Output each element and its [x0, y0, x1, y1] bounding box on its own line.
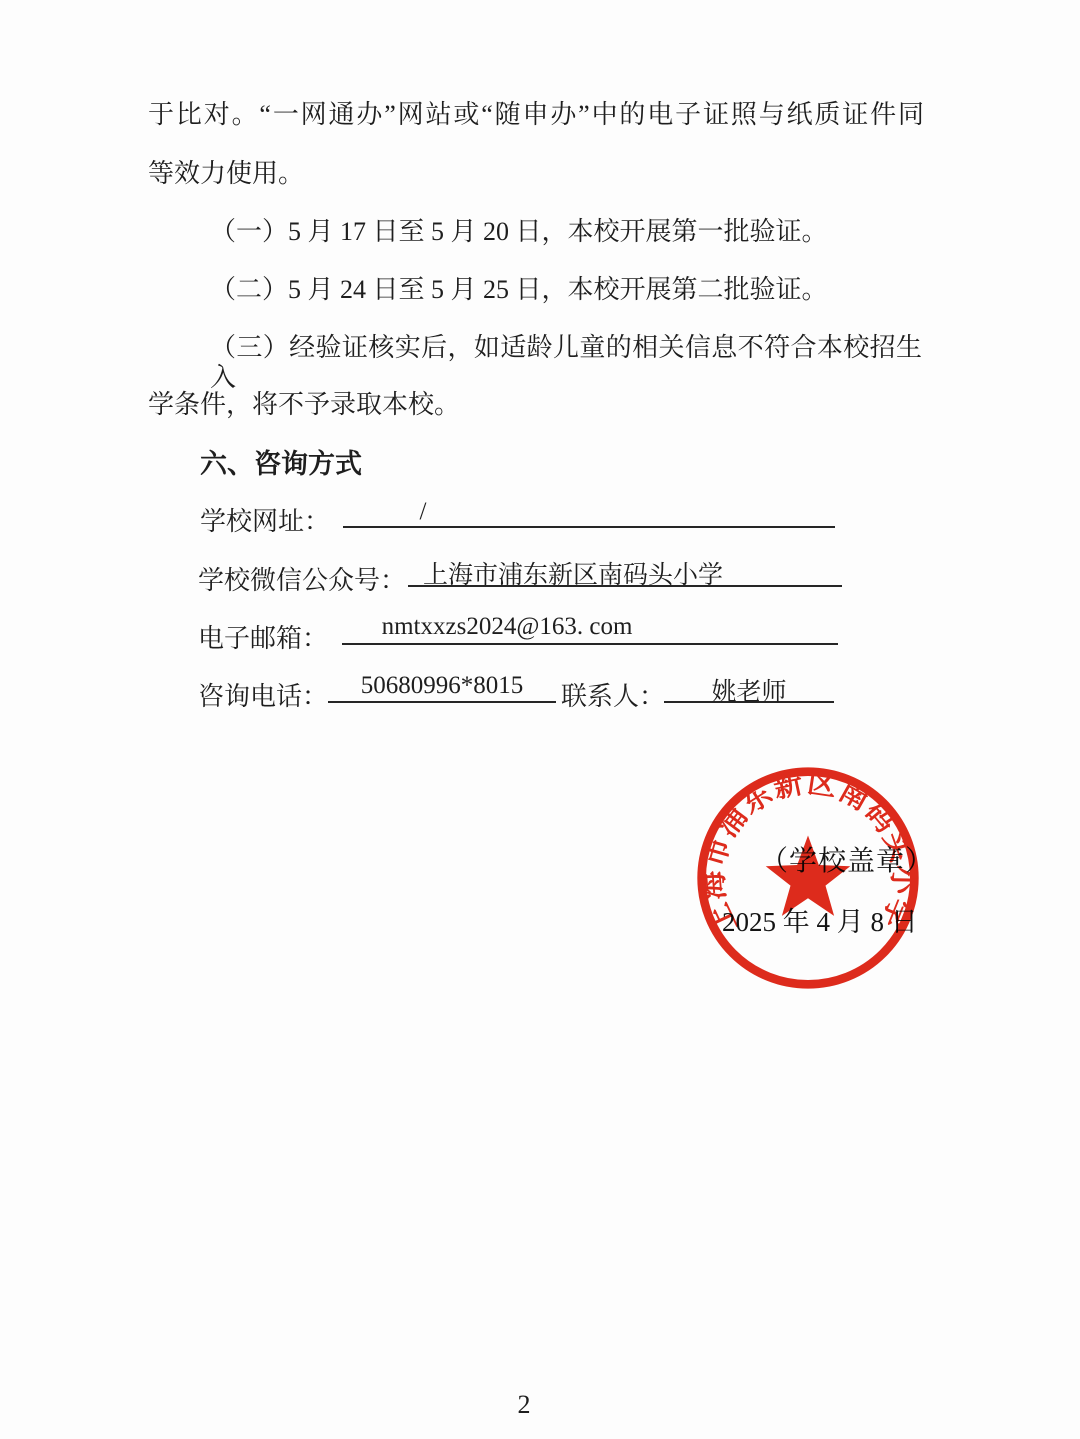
contact-label: 联系人：: [561, 676, 665, 713]
seal-date: 2025 年 4 月 8 日: [722, 900, 918, 939]
list-item-3-line-2: 学条件，将不予录取本校。: [148, 390, 460, 420]
contact-value: 姚老师: [664, 672, 834, 708]
paragraph-line-2: 等效力使用。: [148, 159, 304, 189]
list-item-1: （一）5 月 17 日至 5 月 20 日，本校开展第一批验证。: [210, 217, 828, 247]
document-page: 于比对。“一网通办”网站或“随申办”中的电子证照与纸质证件同 等效力使用。 （一…: [0, 0, 1080, 1439]
paragraph-line-1: 于比对。“一网通办”网站或“随申办”中的电子证照与纸质证件同: [148, 100, 924, 130]
list-item-3-line-1: （三）经验证核实后，如适龄儿童的相关信息不符合本校招生入: [210, 333, 922, 393]
page-number: 2: [0, 1390, 1048, 1420]
seal-caption: （学校盖章）: [760, 839, 934, 879]
website-label: 学校网址：: [200, 501, 330, 538]
website-value: /: [343, 498, 503, 526]
wechat-label: 学校微信公众号：: [198, 560, 406, 597]
email-value: nmtxxzs2024@163. com: [342, 613, 672, 641]
phone-label: 咨询电话：: [198, 676, 328, 713]
phone-value: 50680996*8015: [328, 672, 556, 700]
list-item-2: （二）5 月 24 日至 5 月 25 日，本校开展第二批验证。: [210, 275, 828, 305]
email-label: 电子邮箱：: [198, 618, 328, 655]
section-heading: 六、咨询方式: [200, 442, 362, 481]
wechat-value: 上海市浦东新区南码头小学: [408, 555, 738, 591]
